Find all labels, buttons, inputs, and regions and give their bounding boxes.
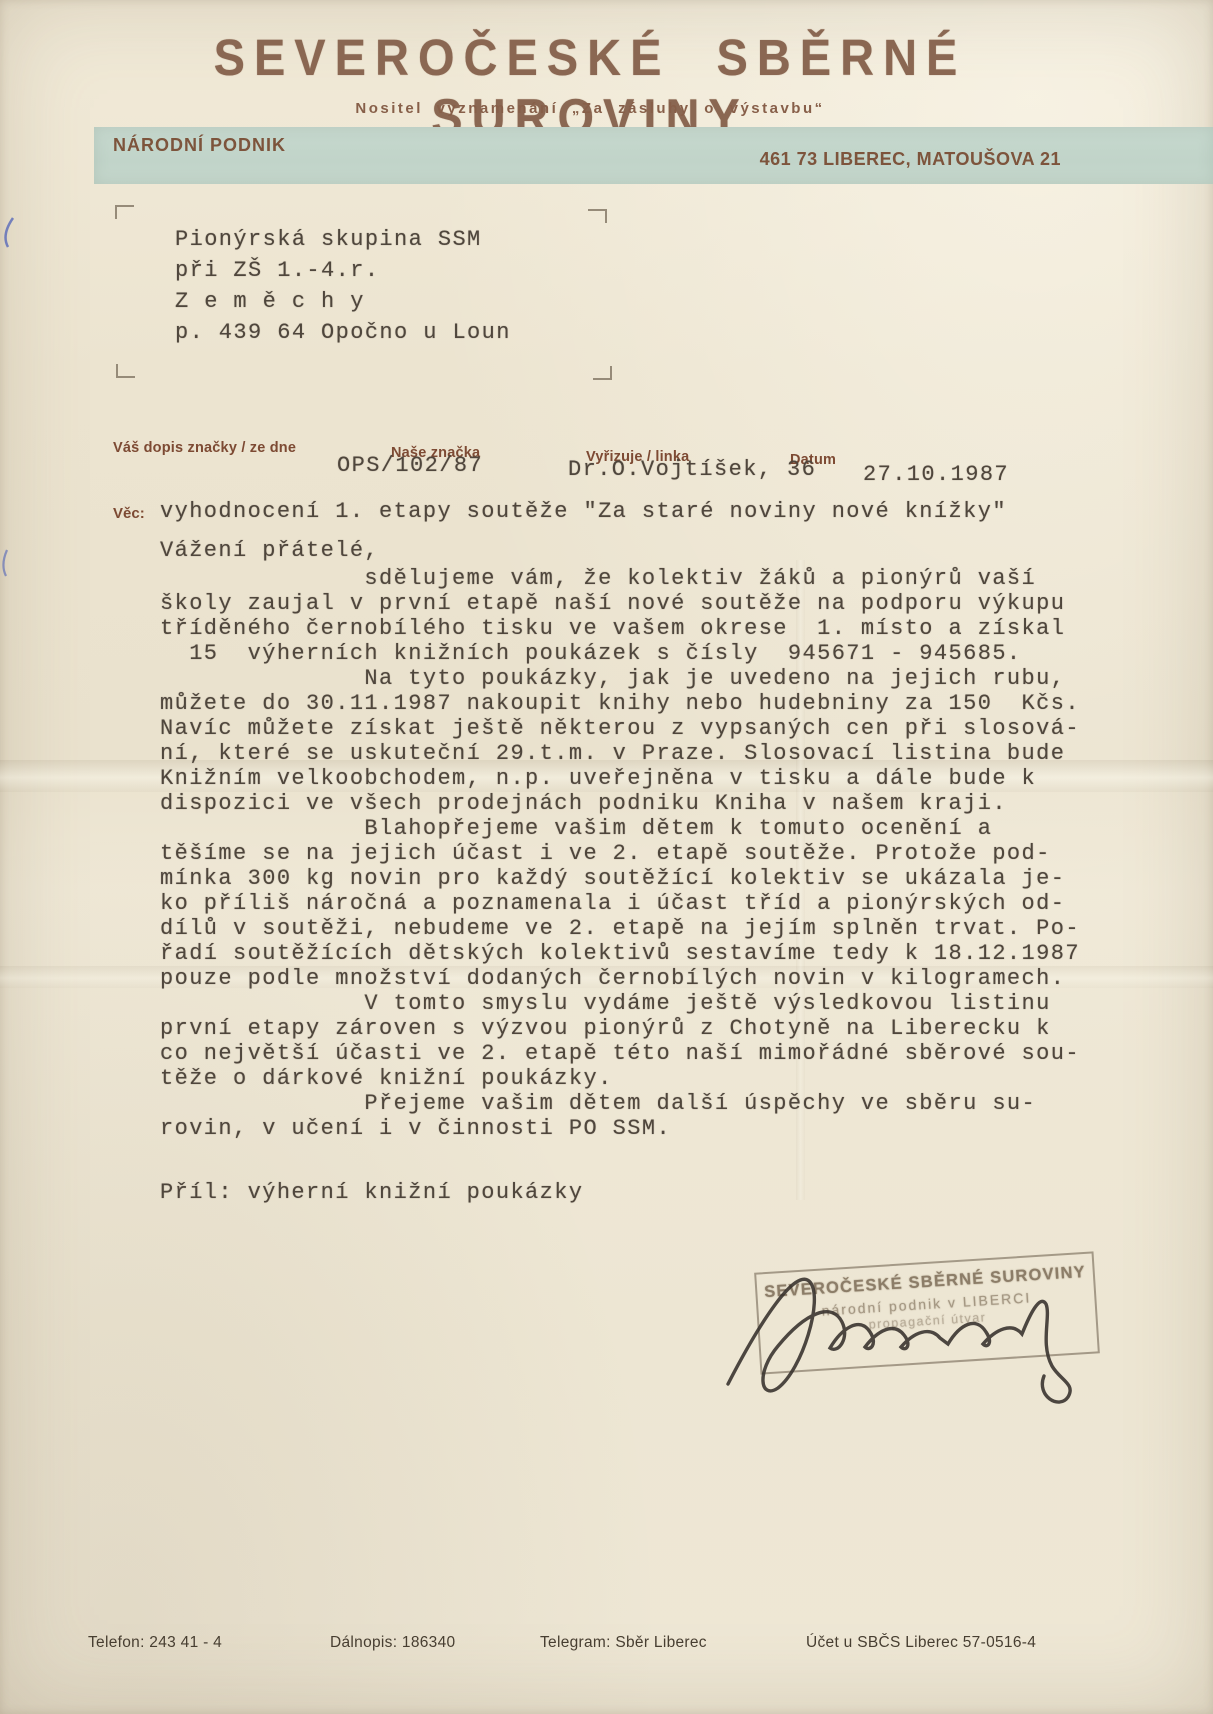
- footer-dalnopis: Dálnopis: 186340: [330, 1634, 455, 1652]
- body-line: 15 výherních knižních poukázek s čísly 9…: [160, 641, 1080, 666]
- pen-mark: [0, 200, 22, 600]
- body-line: dispozici ve všech prodejnách podniku Kn…: [160, 791, 1080, 816]
- body-line: mínka 300 kg novin pro každý soutěžící k…: [160, 866, 1080, 891]
- footer-telefon: Telefon: 243 41 - 4: [88, 1634, 222, 1652]
- body-line: pouze podle množství dodaných černobílýc…: [160, 966, 1080, 991]
- footer-ucet: Účet u SBČS Liberec 57-0516-4: [806, 1634, 1036, 1652]
- body-line: co největší účasti ve 2. etapě této naší…: [160, 1041, 1080, 1066]
- body-line: sdělujeme vám, že kolektiv žáků a pionýr…: [160, 566, 1080, 591]
- your-ref-label: Váš dopis značky / ze dne: [113, 440, 296, 456]
- salutation: Vážení přátelé,: [160, 538, 379, 563]
- body-line: tříděného černobílého tisku ve vašem okr…: [160, 616, 1080, 641]
- company-subtitle: Nositel vyznamenání „Za zásluhy o výstav…: [70, 100, 1110, 117]
- band-address: 461 73 LIBEREC, MATOUŠOVA 21: [760, 149, 1061, 170]
- our-ref-value: OPS/102/87: [337, 453, 483, 478]
- recipient-line: při ZŠ 1.-4.r.: [175, 255, 511, 286]
- recipient-line: Z e m ě c h y: [175, 286, 511, 317]
- handler-value: Dr.O.Vojtíšek, 36: [568, 457, 816, 482]
- body-line: Knižním velkoobchodem, n.p. uveřejněna v…: [160, 766, 1080, 791]
- footer-telegram: Telegram: Sběr Liberec: [540, 1634, 707, 1652]
- body-line: můžete do 30.11.1987 nakoupit knihy nebo…: [160, 691, 1080, 716]
- subject-label: Věc:: [113, 505, 145, 522]
- recipient-address: Pionýrská skupina SSMpři ZŠ 1.-4.r.Z e m…: [175, 224, 511, 348]
- date-value: 27.10.1987: [863, 462, 1009, 487]
- enclosure-line: Příl: výherní knižní poukázky: [160, 1180, 583, 1205]
- body-line: Navíc můžete získat ještě některou z vyp…: [160, 716, 1080, 741]
- body-line: Blahopřejeme vašim dětem k tomuto oceněn…: [160, 816, 1080, 841]
- body-line: řadí soutěžících dětských kolektivů sest…: [160, 941, 1080, 966]
- body-line: těže o dárkové knižní poukázky.: [160, 1066, 1080, 1091]
- subject-value: vyhodnocení 1. etapy soutěže "Za staré n…: [160, 499, 1007, 524]
- body-line: Přejeme vašim dětem další úspěchy ve sbě…: [160, 1091, 1080, 1116]
- corner-mark-bottom-right: [593, 366, 612, 380]
- body-line: rovin, v učení i v činnosti PO SSM.: [160, 1116, 1080, 1141]
- body-line: dílů v soutěži, nebudeme ve 2. etapě na …: [160, 916, 1080, 941]
- body-line: V tomto smyslu vydáme ještě výsledkovou …: [160, 991, 1080, 1016]
- corner-mark-bottom-left: [116, 364, 135, 378]
- letter-page: SEVEROČESKÉ SBĚRNÉ SUROVINY Nositel vyzn…: [0, 0, 1213, 1714]
- recipient-line: p. 439 64 Opočno u Loun: [175, 317, 511, 348]
- recipient-line: Pionýrská skupina SSM: [175, 224, 511, 255]
- body-line: těšíme se na jejich účast i ve 2. etapě …: [160, 841, 1080, 866]
- corner-mark-top-right: [588, 209, 607, 223]
- body-line: ní, které se uskuteční 29.t.m. v Praze. …: [160, 741, 1080, 766]
- body-text: sdělujeme vám, že kolektiv žáků a pionýr…: [160, 566, 1080, 1141]
- body-line: první etapy zároven s výzvou pionýrů z C…: [160, 1016, 1080, 1041]
- letterhead-band: NÁRODNÍ PODNIK 461 73 LIBEREC, MATOUŠOVA…: [94, 127, 1213, 184]
- body-line: ko příliš náročná a poznamenala i účast …: [160, 891, 1080, 916]
- signature: [710, 1252, 1130, 1412]
- corner-mark-top-left: [115, 205, 134, 219]
- body-line: školy zaujal v první etapě naší nové sou…: [160, 591, 1080, 616]
- band-left-label: NÁRODNÍ PODNIK: [113, 135, 286, 156]
- body-line: Na tyto poukázky, jak je uvedeno na jeji…: [160, 666, 1080, 691]
